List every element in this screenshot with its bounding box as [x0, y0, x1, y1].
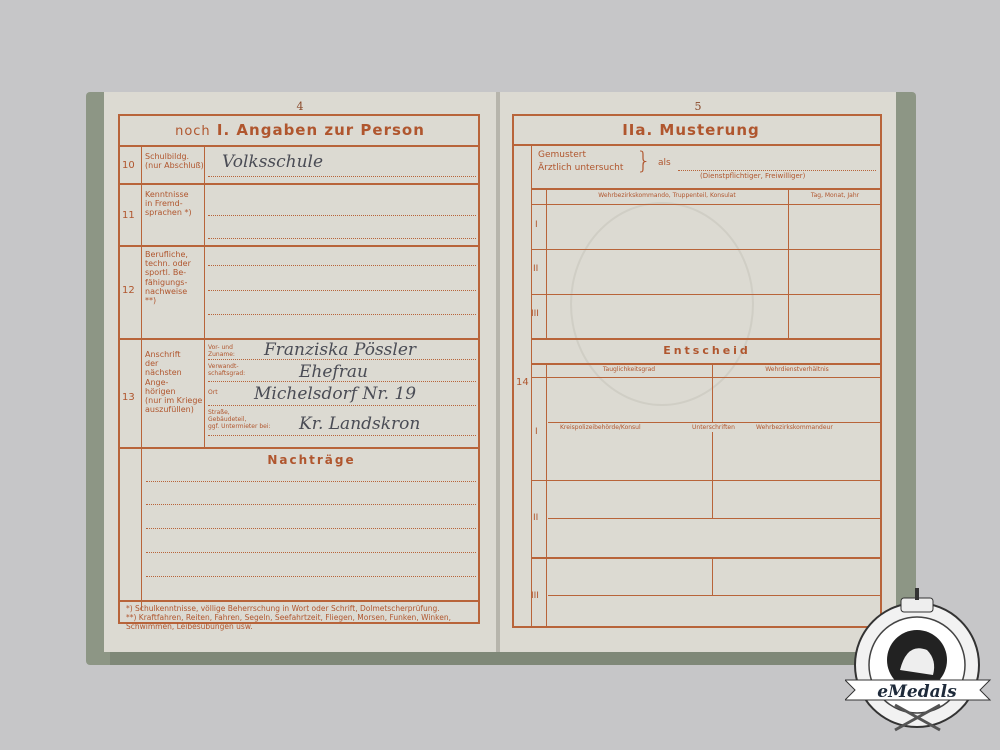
sig-header-kommandeur: Wehrbezirkskommandeur [756, 425, 833, 432]
label-aerztlich: Ärztlich untersucht [538, 163, 623, 173]
entscheid-row-2: II [533, 513, 538, 523]
brace-icon: } [636, 148, 651, 176]
page-title: noch I. Angaben zur Person [104, 122, 496, 140]
right-page: 5 IIa. Musterung 14 Gemustert Ärztlich u… [500, 92, 896, 652]
emedals-logo: eMedals eMedals [845, 580, 995, 740]
nachtraege-title: Nachträge [141, 454, 482, 468]
row-label-schulbildung: Schulbildg. (nur Abschluß) [145, 152, 204, 170]
page-number: 4 [104, 100, 496, 113]
sig-header-kreispolizei: Kreispolizeibehörde/Konsul [560, 425, 641, 432]
entscheid-row-3: III [531, 591, 539, 601]
row-number: 12 [122, 285, 135, 297]
sig-header-unterschriften: Unterschriften [692, 425, 735, 432]
book-cover-edge [110, 652, 890, 665]
col-header-tauglichkeit: Tauglichkeitsgrad [546, 367, 712, 374]
footnote-2: **) Kraftfahren, Reiten, Fahren, Segeln,… [126, 614, 476, 631]
entscheid-row-1: I [535, 427, 538, 437]
field-name[interactable]: Franziska Pössler [264, 340, 416, 360]
title-text: I. Angaben zur Person [217, 121, 425, 139]
label-gemustert: Gemustert [538, 150, 586, 160]
field-verwandtschaft[interactable]: Ehefrau [299, 362, 368, 382]
col-header-datum: Tag, Monat, Jahr [788, 193, 882, 200]
roman-row-1: I [535, 220, 538, 230]
page-title: IIa. Musterung [500, 122, 882, 139]
row-label-anschrift: Anschrift der nächsten Ange- hörigen (nu… [145, 350, 202, 414]
row-number: 14 [516, 377, 529, 389]
svg-text:eMedals: eMedals [877, 682, 957, 702]
page-number: 5 [500, 100, 896, 113]
field-ort[interactable]: Michelsdorf Nr. 19 [254, 384, 416, 404]
field-schulbildung[interactable]: Volksschule [222, 152, 323, 172]
row-label-fremdsprachen: Kenntnisse in Fremd- sprachen *) [145, 190, 192, 218]
entscheid-title: Entscheid [532, 345, 882, 358]
als-hint: (Dienstpflichtiger, Freiwilliger) [700, 172, 805, 180]
label-strasse: Straße, Gebäudeteil, ggf. Untermieter be… [208, 410, 271, 431]
left-page: 4 noch I. Angaben zur Person 10 Schulbil… [104, 92, 496, 652]
col-header-wehrbezirk: Wehrbezirkskommando, Truppenteil, Konsul… [546, 193, 788, 200]
roman-row-3: III [531, 309, 539, 319]
row-number: 11 [122, 210, 135, 222]
label-ort: Ort [208, 390, 218, 397]
field-strasse[interactable]: Kr. Landskron [299, 414, 420, 434]
title-prefix: noch [175, 124, 211, 139]
row-number: 13 [122, 392, 135, 404]
label-name: Vor- und Zuname: [208, 345, 235, 359]
laurel-crest-icon: eMedals [845, 580, 995, 740]
row-label-befaehigung: Berufliche, techn. oder sportl. Be- fähi… [145, 250, 191, 305]
roman-row-2: II [533, 264, 538, 274]
label-verwandtschaft: Verwandt- schaftsgrad: [208, 364, 245, 378]
col-header-wehrdienst: Wehrdienstverhältnis [712, 367, 882, 374]
row-number: 10 [122, 160, 135, 172]
label-als: als [658, 158, 671, 168]
